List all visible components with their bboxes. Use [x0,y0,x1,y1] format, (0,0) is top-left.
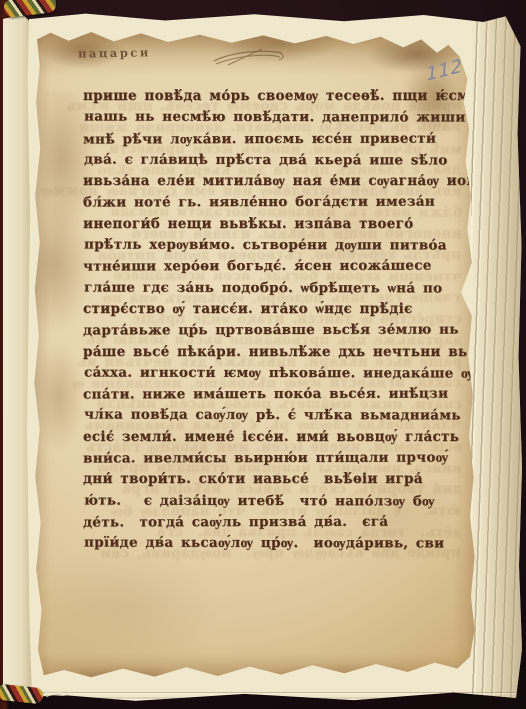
bottom-edge-leaves [36,689,526,705]
text-line: спа́ти. ниже има́шеть поко́а вьсе́я. инѣ… [83,384,469,406]
text-line: есіє́ земли́. имене́ ієсе́и. ими́ вьовцѹ… [83,427,469,448]
pen-trial-scribble [210,46,290,70]
text-line: чл́ка повѣ́да саѹ́лѹ рѣ. є́ члѣ́ка вьмад… [84,405,470,427]
text-line: са́хха. игнкости́ ѥмѹ пѣкова́ше. инедака… [84,362,470,384]
endband-top [3,0,57,18]
text-line: дарта́вьже цр́ь цртвова́вше вьсѣ́я зе́мл… [83,320,469,342]
text-line: стирє́ство ѹ́ таисє́и. ита́ко ѡ́ндє прѣ́… [83,299,469,320]
text-line: ивьза́на еле́и митила́вѹ ная е́ми сѹагна… [83,171,469,192]
marginal-inscription: пацарси [78,45,151,60]
text-line: чтне́иши херо́ѳи богьдє́. я́сен исожа́ше… [83,256,469,278]
text-block: прише повѣ́да мо́рь своемѹ тесеѳѣ́. пщи … [83,86,469,555]
text-line: ю́ть. є даіза́іцѹ итебѣ́ что́ напо́лзѹ б… [84,490,470,512]
text-line: два́. є гла́вицѣ прѣ́ста два́ кьера́ ише… [84,149,470,171]
text-line: прїи́де дв́а кьсаѹ́лѹ цр́ѹ. иоѹда́ривь, … [84,533,470,555]
text-line: нашь нь несмѣ́ю повѣ́дати. данеприло́ жи… [84,107,470,129]
text-line: дни́ твори́ть. ско́ти иавьсе́ вьѣ́ѳіи иг… [83,469,469,490]
text-line: вни́са. ивелми́сы вьирню́и пти́щали прчо… [83,448,469,470]
loose-thread [44,686,70,700]
text-line: прише повѣ́да мо́рь своемѹ тесеѳѣ́. пщи … [83,86,469,107]
text-line: мнѣ́ рѣ́чи лѹка́ви. ипоємь ѥсе́н привест… [83,128,469,150]
text-line: гла́ше гдє за́нь подобро́. ѡбрѣ́щеть ѡна… [84,277,470,299]
text-line: прѣ́тль херѹви́мо. сьтворе́ни дѹши питво… [84,235,470,257]
text-line: бл́жи ноте́ гь. иявле́нно бога́дєти имез… [83,192,469,214]
manuscript-photo: прише повѣ́да мо́рь своемѹ тесеѳѣ́. пщи … [0,0,526,709]
fore-edge-leaves [471,8,523,705]
text-line: инепоги́б нещи вьвѣ́кы. изпа́ва твоего́ [83,214,469,235]
manuscript-page: прише повѣ́да мо́рь своемѹ тесеѳѣ́. пщи … [28,22,480,690]
text-line: ра́ше вьсе́ пѣка́ри. нивьлѣ́же дхь нечть… [83,342,469,363]
text-line: де́ть. тогда́ саѹ́ль призва́ дв́а. єга́ [83,511,469,533]
